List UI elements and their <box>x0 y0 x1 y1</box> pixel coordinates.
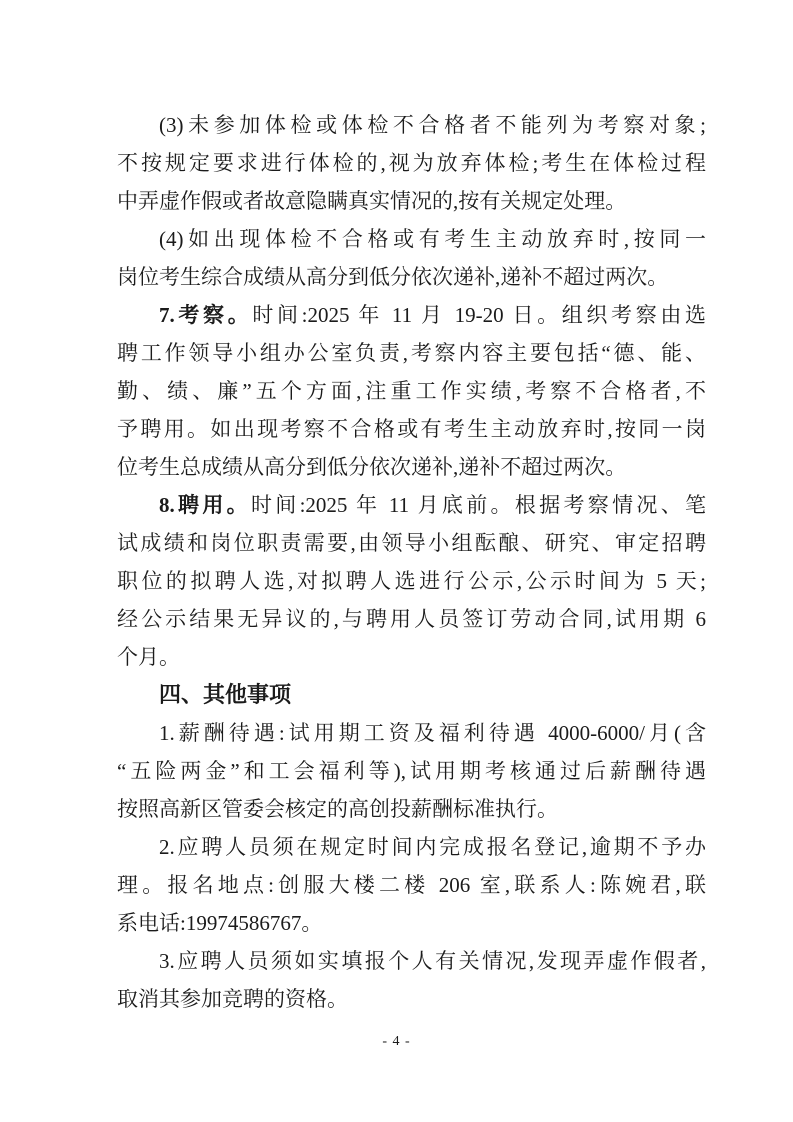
text-run: 经公示结果无异议的,与聘用人员签订劳动合同,试用期 6 <box>117 607 706 631</box>
text-run: 予聘用。如出现考察不合格或有考生主动放弃时,按同一岗 <box>117 417 706 441</box>
text-run: 试成绩和岗位职责需要,由领导小组酝酿、研究、审定招聘 <box>117 531 706 555</box>
text-run: 位考生总成绩从高分到低分依次递补,递补不超过两次。 <box>117 455 626 479</box>
section-heading: 四、其他事项 <box>117 676 706 714</box>
text-line: 聘工作领导小组办公室负责,考察内容主要包括“德、能、 <box>117 334 706 372</box>
text-line: 不按规定要求进行体检的,视为放弃体检;考生在体检过程 <box>117 144 706 182</box>
text-line: 位考生总成绩从高分到低分依次递补,递补不超过两次。 <box>117 448 706 486</box>
text-line: (4)如出现体检不合格或有考生主动放弃时,按同一 <box>117 220 706 258</box>
para-1-salary: 1.薪酬待遇:试用期工资及福利待遇 4000-6000/月(含“五险两金”和工会… <box>117 714 706 828</box>
text-run: 职位的拟聘人选,对拟聘人选进行公示,公示时间为 5 天; <box>117 569 706 593</box>
text-run: 个月。 <box>117 645 180 669</box>
text-line: “五险两金”和工会福利等),试用期考核通过后薪酬待遇 <box>117 752 706 790</box>
text-line: 经公示结果无异议的,与聘用人员签订劳动合同,试用期 6 <box>117 600 706 638</box>
text-line: 予聘用。如出现考察不合格或有考生主动放弃时,按同一岗 <box>117 410 706 448</box>
text-run: (3)未参加体检或体检不合格者不能列为考察对象; <box>159 113 706 137</box>
text-run: 时间:2025 年 11 月底前。根据考察情况、笔 <box>251 493 706 517</box>
para-2-registration: 2.应聘人员须在规定时间内完成报名登记,逾期不予办理。报名地点:创服大楼二楼 2… <box>117 828 706 942</box>
bold-text-run: 四、其他事项 <box>159 682 291 707</box>
para-8-employment: 8.聘用。时间:2025 年 11 月底前。根据考察情况、笔试成绩和岗位职责需要… <box>117 486 706 676</box>
text-line: (3)未参加体检或体检不合格者不能列为考察对象; <box>117 106 706 144</box>
text-line: 职位的拟聘人选,对拟聘人选进行公示,公示时间为 5 天; <box>117 562 706 600</box>
text-line: 个月。 <box>117 638 706 676</box>
text-run: (4)如出现体检不合格或有考生主动放弃时,按同一 <box>159 227 706 251</box>
text-line: 3.应聘人员须如实填报个人有关情况,发现弄虚作假者, <box>117 942 706 980</box>
text-line: 8.聘用。时间:2025 年 11 月底前。根据考察情况、笔 <box>117 486 706 524</box>
text-run: 1.薪酬待遇:试用期工资及福利待遇 4000-6000/月(含 <box>159 721 706 745</box>
text-line: 按照高新区管委会核定的高创投薪酬标准执行。 <box>117 790 706 828</box>
bold-text-run: 7.考察。 <box>159 303 252 327</box>
text-run: “五险两金”和工会福利等),试用期考核通过后薪酬待遇 <box>117 759 706 783</box>
text-run: 中弄虚作假或者故意隐瞒真实情况的,按有关规定处理。 <box>117 189 626 213</box>
text-run: 2.应聘人员须在规定时间内完成报名登记,逾期不予办 <box>159 835 706 859</box>
para-3-truthful-info: 3.应聘人员须如实填报个人有关情况,发现弄虚作假者,取消其参加竞聘的资格。 <box>117 942 706 1018</box>
document-body: (3)未参加体检或体检不合格者不能列为考察对象;不按规定要求进行体检的,视为放弃… <box>117 106 706 1018</box>
text-run: 岗位考生综合成绩从高分到低分依次递补,递补不超过两次。 <box>117 265 668 289</box>
text-line: 系电话:19974586767。 <box>117 904 706 942</box>
text-run: 3.应聘人员须如实填报个人有关情况,发现弄虚作假者, <box>159 949 706 973</box>
para-item-4-replacement: (4)如出现体检不合格或有考生主动放弃时,按同一岗位考生综合成绩从高分到低分依次… <box>117 220 706 296</box>
text-line: 岗位考生综合成绩从高分到低分依次递补,递补不超过两次。 <box>117 258 706 296</box>
text-run: 理。报名地点:创服大楼二楼 206 室,联系人:陈婉君,联 <box>117 873 706 897</box>
text-line: 取消其参加竞聘的资格。 <box>117 980 706 1018</box>
text-run: 勤、绩、廉”五个方面,注重工作实绩,考察不合格者,不 <box>117 379 706 403</box>
text-run: 聘工作领导小组办公室负责,考察内容主要包括“德、能、 <box>117 341 706 365</box>
text-run: 系电话:19974586767。 <box>117 911 322 935</box>
text-line: 理。报名地点:创服大楼二楼 206 室,联系人:陈婉君,联 <box>117 866 706 904</box>
bold-text-run: 8.聘用。 <box>159 493 251 517</box>
text-run: 取消其参加竞聘的资格。 <box>117 987 348 1011</box>
para-item-3-medical-exam: (3)未参加体检或体检不合格者不能列为考察对象;不按规定要求进行体检的,视为放弃… <box>117 106 706 220</box>
text-line: 2.应聘人员须在规定时间内完成报名登记,逾期不予办 <box>117 828 706 866</box>
heading-other-matters: 四、其他事项 <box>117 676 706 714</box>
text-run: 按照高新区管委会核定的高创投薪酬标准执行。 <box>117 797 558 821</box>
text-line: 勤、绩、廉”五个方面,注重工作实绩,考察不合格者,不 <box>117 372 706 410</box>
text-line: 中弄虚作假或者故意隐瞒真实情况的,按有关规定处理。 <box>117 182 706 220</box>
text-line: 7.考察。时间:2025 年 11 月 19-20 日。组织考察由选 <box>117 296 706 334</box>
text-run: 不按规定要求进行体检的,视为放弃体检;考生在体检过程 <box>117 151 706 175</box>
text-line: 1.薪酬待遇:试用期工资及福利待遇 4000-6000/月(含 <box>117 714 706 752</box>
para-7-inspection: 7.考察。时间:2025 年 11 月 19-20 日。组织考察由选聘工作领导小… <box>117 296 706 486</box>
document-page: (3)未参加体检或体检不合格者不能列为考察对象;不按规定要求进行体检的,视为放弃… <box>0 0 793 1122</box>
text-line: 试成绩和岗位职责需要,由领导小组酝酿、研究、审定招聘 <box>117 524 706 562</box>
page-number: - 4 - <box>0 1034 793 1050</box>
text-run: 时间:2025 年 11 月 19-20 日。组织考察由选 <box>252 303 706 327</box>
